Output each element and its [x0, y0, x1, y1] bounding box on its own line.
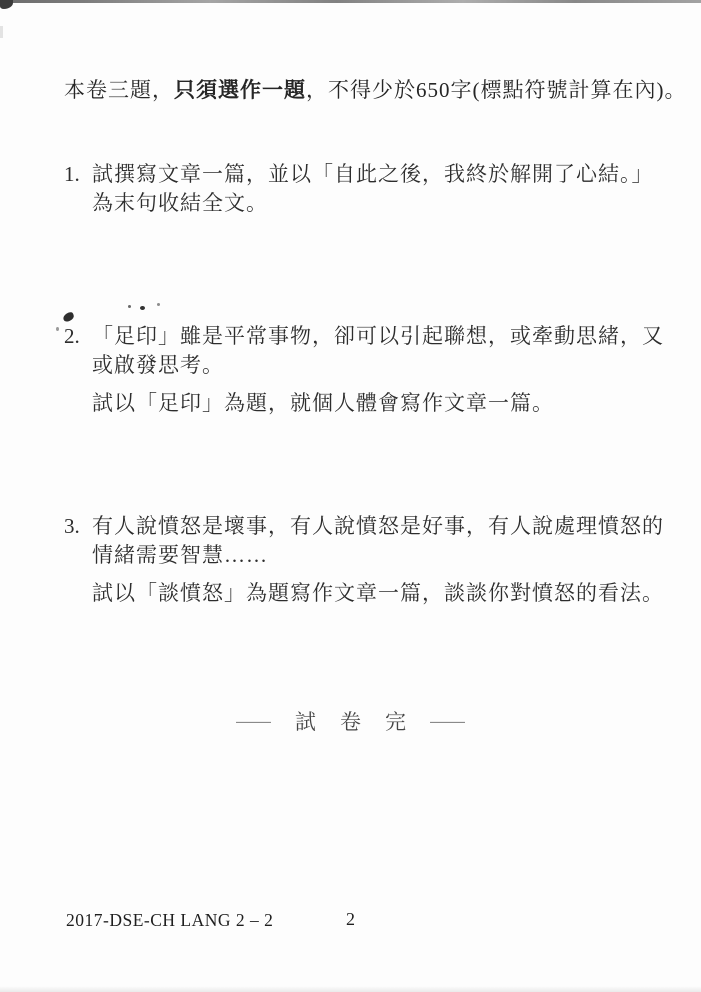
instructions-text-start: 本卷三題，	[64, 78, 174, 102]
question-2-number: 2.	[64, 322, 92, 418]
question-1-line-1: 試撰寫文章一篇，並以「自此之後，我終於解開了心結。」	[92, 160, 676, 189]
question-2-line-1: 「足印」雖是平常事物，卻可以引起聯想，或牽動思緒，又	[92, 322, 676, 351]
ink-speck	[157, 303, 160, 306]
question-1-line-2: 為末句收結全文。	[92, 189, 676, 218]
instructions-line: 本卷三題，只須選作一題，不得少於650字(標點符號計算在內)。	[64, 74, 687, 104]
instructions-text-end: ，不得少於650字(標點符號計算在內)。	[306, 78, 687, 102]
scan-top-edge-artifact	[0, 0, 701, 3]
scan-left-edge-artifact	[0, 26, 3, 38]
question-3-line-1: 有人說憤怒是壞事，有人說憤怒是好事，有人說處理憤怒的	[92, 512, 676, 541]
question-1-body: 試撰寫文章一篇，並以「自此之後，我終於解開了心結。」 為末句收結全文。	[92, 160, 676, 218]
question-2: 2. 「足印」雖是平常事物，卻可以引起聯想，或牽動思緒，又 或啟發思考。 試以「…	[64, 322, 676, 418]
end-marker-left-dash: —	[236, 708, 271, 734]
question-2-task: 試以「足印」為題，就個人體會寫作文章一篇。	[92, 389, 676, 418]
question-3-body: 有人說憤怒是壞事，有人說憤怒是好事，有人說處理憤怒的 情緒需要智慧…… 試以「談…	[92, 512, 676, 608]
question-1: 1. 試撰寫文章一篇，並以「自此之後，我終於解開了心結。」 為末句收結全文。	[64, 160, 676, 218]
question-2-body: 「足印」雖是平常事物，卻可以引起聯想，或牽動思緒，又 或啟發思考。 試以「足印」…	[92, 322, 676, 418]
question-3-task: 試以「談憤怒」為題寫作文章一篇，談談你對憤怒的看法。	[92, 579, 676, 608]
question-3-number: 3.	[64, 512, 92, 608]
question-3: 3. 有人說憤怒是壞事，有人說憤怒是好事，有人說處理憤怒的 情緒需要智慧…… 試…	[64, 512, 676, 608]
ink-speck	[128, 305, 131, 308]
ink-speck	[56, 327, 59, 331]
instructions-bold-text: 只須選作一題	[174, 79, 306, 102]
end-marker-label: 試卷完	[295, 706, 430, 736]
ink-speck	[140, 306, 145, 310]
scan-corner-artifact	[0, 0, 13, 9]
page-number: 2	[0, 909, 701, 930]
end-of-paper-marker: —試卷完—	[0, 706, 701, 736]
scan-bottom-edge-artifact	[0, 986, 701, 992]
question-1-number: 1.	[64, 160, 92, 218]
question-3-line-2: 情緒需要智慧……	[92, 541, 676, 570]
question-2-line-2: 或啟發思考。	[92, 351, 676, 380]
scanned-exam-page: 本卷三題，只須選作一題，不得少於650字(標點符號計算在內)。 1. 試撰寫文章…	[0, 0, 701, 992]
end-marker-right-dash: —	[430, 708, 465, 734]
